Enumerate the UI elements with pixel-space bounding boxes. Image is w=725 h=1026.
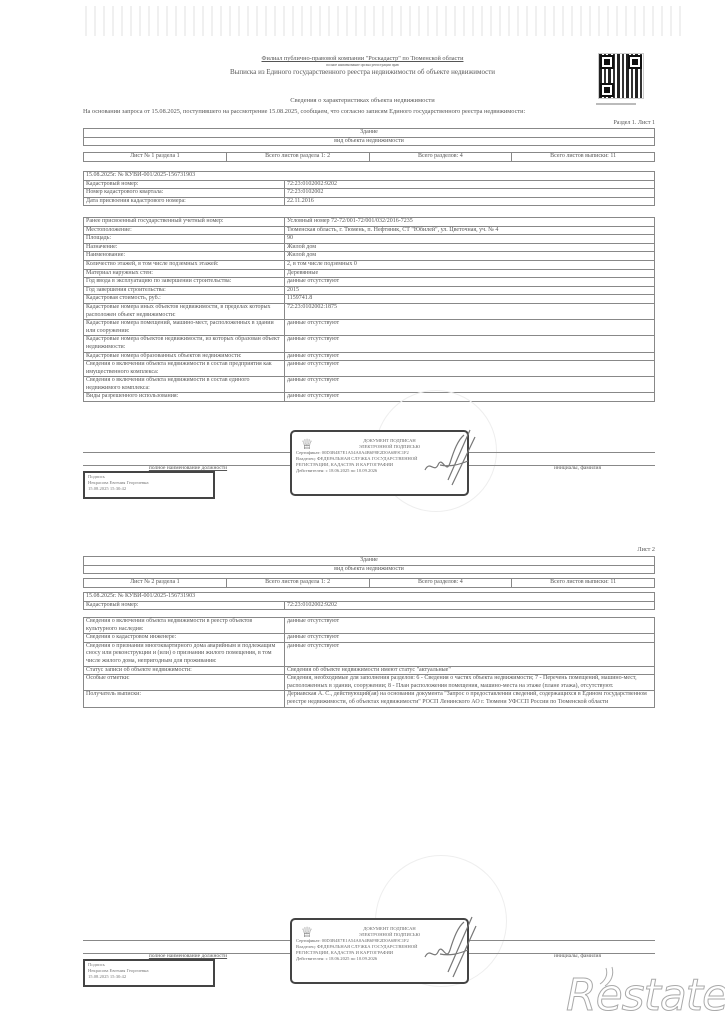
table-row: Год завершения строительства:2015 xyxy=(84,286,655,295)
section-label: Раздел 1. Лист 1 xyxy=(560,119,655,127)
signer-box: Подпись Некрасова Евгения Георгиевна 15.… xyxy=(83,471,215,499)
sheet1-characteristics-table: Ранее присвоенный государственный учетны… xyxy=(83,217,655,402)
sheet2-ids-table: 15.08.2025г. № КУВИ-001/2025-156731903 К… xyxy=(83,592,655,610)
table-row: Кадастровые номера иных объектов недвижи… xyxy=(84,303,655,319)
section-sheets-total: Всего листов раздела 1: 2 xyxy=(226,153,369,162)
table-row: Кадастровые номера помещений, машино-мес… xyxy=(84,320,655,336)
signer-box: Подпись Некрасова Евгения Георгиевна 15.… xyxy=(83,959,215,987)
table-row: Получатель выписки:Дериавская А. С., дей… xyxy=(84,691,655,707)
assignment-date: 22.11.2016 xyxy=(285,197,655,206)
table-row: Кадастровый номер:72:23:0102002:9202 xyxy=(84,180,655,189)
table-row: Площадь:90 xyxy=(84,235,655,244)
extract-sheets-total: Всего листов выписки: 11 xyxy=(512,153,655,162)
table-row: Сведения о включении объекта недвижимост… xyxy=(84,618,655,634)
sheet2-header-table: Здание вид объекта недвижимости xyxy=(83,556,655,574)
table-row: Особые отметки:Сведения, необходимые для… xyxy=(84,675,655,691)
signal-arcs-icon xyxy=(596,966,620,988)
handwritten-signature xyxy=(420,912,480,987)
table-row: Номер кадастрового квартала:72:23:010200… xyxy=(84,189,655,198)
sheet1-ids-table: 15.08.2025г. № КУВИ-001/2025-156731903 К… xyxy=(83,171,655,206)
table-row: Виды разрешенного использования:данные о… xyxy=(84,393,655,402)
intro-text: На основании запроса от 15.08.2025, пост… xyxy=(83,108,703,116)
object-kind: Здание xyxy=(84,129,655,138)
sections-total: Всего разделов: 4 xyxy=(369,153,512,162)
emblem-icon: ♕ xyxy=(300,926,314,942)
object-kind-caption: вид объекта недвижимости xyxy=(84,137,655,146)
cadastral-value: 1159741.8 xyxy=(285,295,655,304)
table-row: Год ввода в эксплуатацию по завершении с… xyxy=(84,278,655,287)
area: 90 xyxy=(285,235,655,244)
cadastral-quarter: 72:23:0102002 xyxy=(285,189,655,198)
cadastral-number: 72:23:0102002:9202 xyxy=(285,180,655,189)
qr-caption xyxy=(596,103,636,105)
bleed-through-text xyxy=(85,6,685,36)
recipient: Дериавская А. С., действующий(ая) на осн… xyxy=(285,691,655,707)
table-row: Дата присвоения кадастрового номера:22.1… xyxy=(84,197,655,206)
table-row: Сведения о включении объекта недвижимост… xyxy=(84,361,655,377)
page-label: Лист 2 xyxy=(600,546,655,554)
table-row: Количество этажей, в том числе подземных… xyxy=(84,260,655,269)
table-row: Статус записи об объекте недвижимости:Св… xyxy=(84,666,655,675)
sheet1-info-table: Лист № 1 раздела 1 Всего листов раздела … xyxy=(83,152,655,162)
table-row: Местоположение:Тюменская область, г. Тюм… xyxy=(84,226,655,235)
table-row: Кадастровые номера образованных объектов… xyxy=(84,352,655,361)
handwritten-signature xyxy=(420,425,480,495)
table-row: Сведения о кадастровом инженере:данные о… xyxy=(84,634,655,643)
table-row: Материал наружных стен:Деревянные xyxy=(84,269,655,278)
sheet2-info-table: Лист № 2 раздела 1 Всего листов раздела … xyxy=(83,578,655,588)
sheet-number: Лист № 1 раздела 1 xyxy=(84,153,227,162)
sheet2-characteristics-table: Сведения о включении объекта недвижимост… xyxy=(83,617,655,708)
table-row: Кадастровый номер:72:23:0102002:9202 xyxy=(84,601,655,610)
sheet1-header-table: Здание вид объекта недвижимости xyxy=(83,128,655,146)
table-row: Сведения о включении объекта недвижимост… xyxy=(84,377,655,393)
restate-logo: Restate xyxy=(566,970,725,1021)
initials-caption: инициалы, фамилия xyxy=(500,465,655,471)
table-row: Сведения о признании многоквартирного до… xyxy=(84,642,655,666)
initials-caption: инициалы, фамилия xyxy=(500,953,655,959)
special-notes: Сведения, необходимые для заполнения раз… xyxy=(285,675,655,691)
table-row: Назначение:Жилой дом xyxy=(84,243,655,252)
table-row: Ранее присвоенный государственный учетны… xyxy=(84,218,655,227)
table-row: Наименование:Жилой дом xyxy=(84,252,655,261)
request-number: 15.08.2025г. № КУВИ-001/2025-156731903 xyxy=(84,172,655,181)
table-row: Кадастровые номера объектов недвижимости… xyxy=(84,336,655,352)
record-status: Сведения об объекте недвижимости имеют с… xyxy=(285,666,655,675)
sign-timestamp: 15.08.2025 15:30:42 xyxy=(88,486,210,492)
emblem-icon: ♕ xyxy=(300,438,314,454)
table-row: Кадастровая стоимость, руб.:1159741.8 xyxy=(84,295,655,304)
qr-code xyxy=(598,53,644,99)
location: Тюменская область, г. Тюмень, п. Нефтяни… xyxy=(285,226,655,235)
